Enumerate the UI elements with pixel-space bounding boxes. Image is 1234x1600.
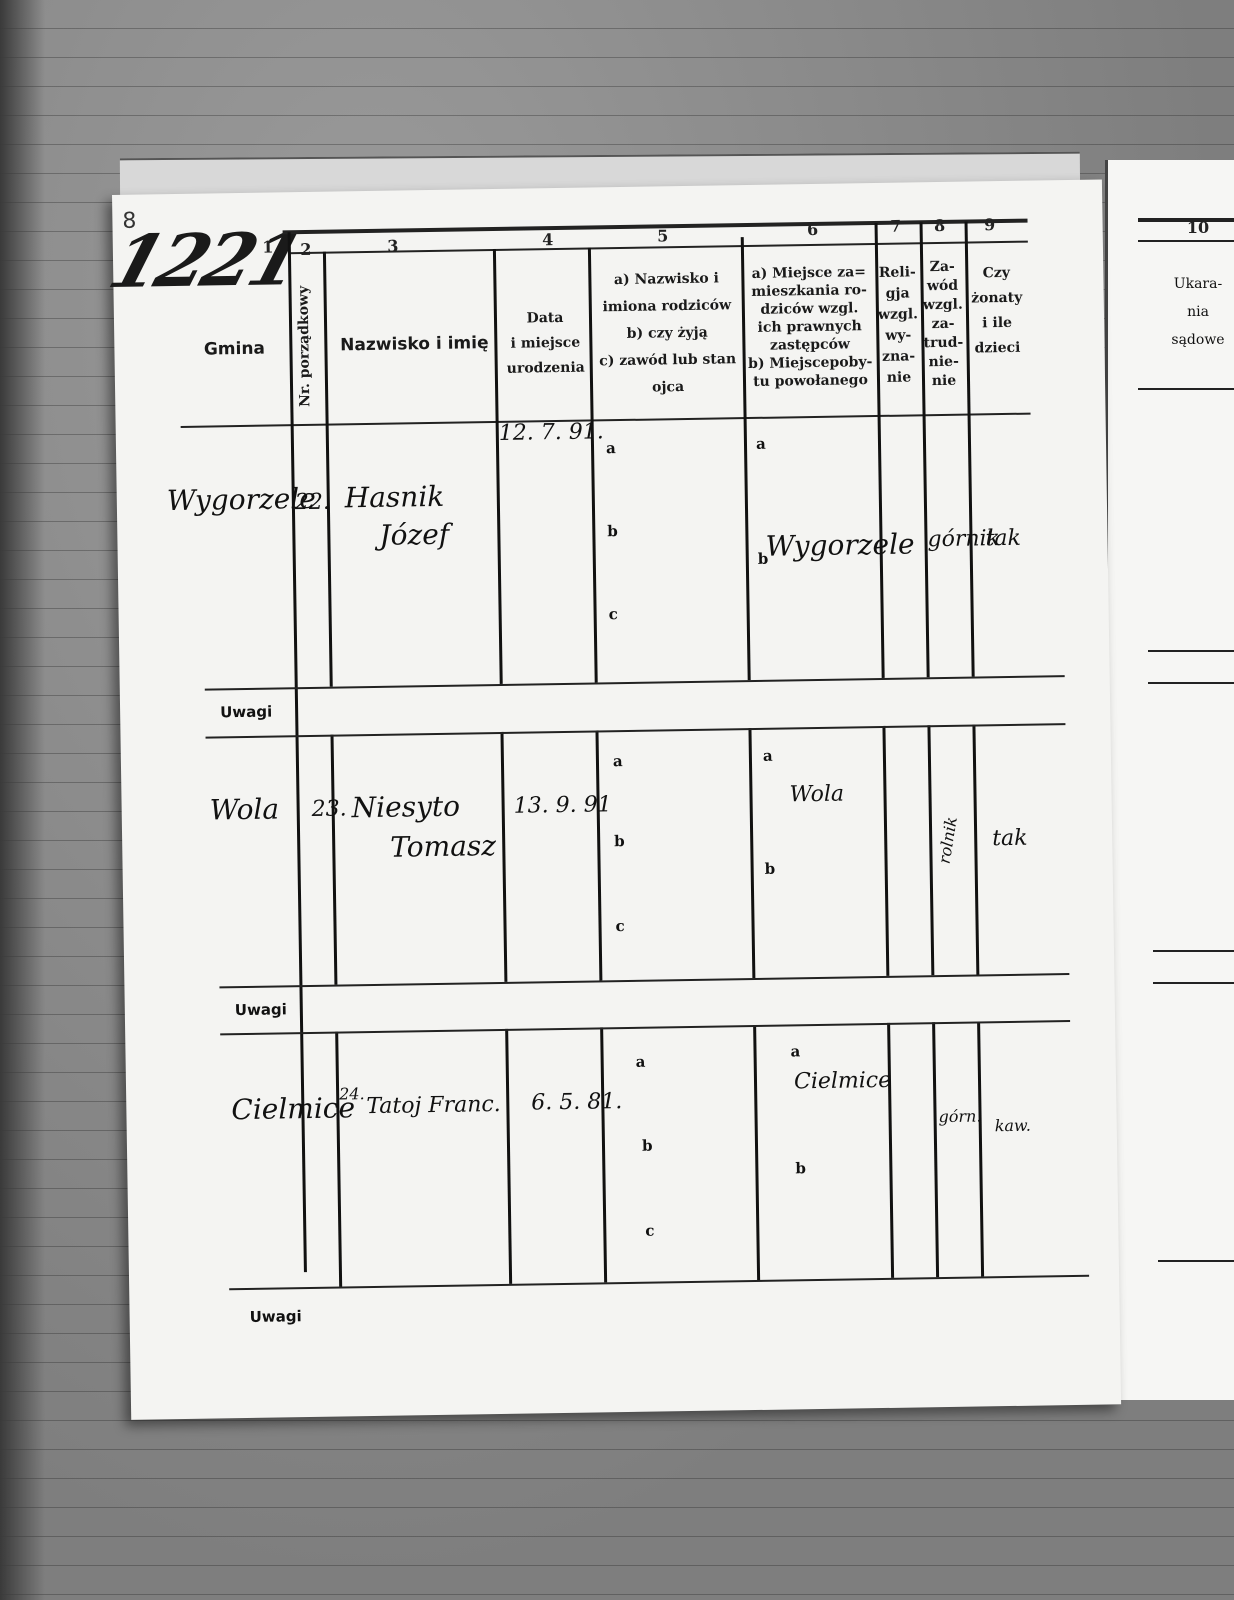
entry-3-remarks-label: Uwagi (249, 1307, 301, 1326)
column-number-4: 4 (528, 230, 568, 250)
entry-3-sub-c: c (645, 1222, 654, 1240)
header-line: b) czy żyją (592, 319, 742, 348)
column-divider (323, 252, 333, 687)
header-line: nie (878, 367, 920, 389)
header-punishments: Ukara- nia sądowe (1148, 270, 1234, 354)
header-line: i ile (966, 311, 1028, 337)
column-divider (927, 725, 934, 975)
header-religion: Reli- gja wzgl. wy- zna- nie (876, 262, 920, 389)
entry-2-bottom-rule (219, 973, 1069, 988)
facing-page: 10 Ukara- nia sądowe (1105, 160, 1234, 1400)
entry-3-name: Tatoj Franc. (366, 1092, 501, 1119)
header-line: wzgl. (922, 296, 964, 316)
entry-3-married: kaw. (995, 1116, 1031, 1136)
registration-form-page: 8 1221 1 2 3 4 5 6 7 8 9 Gmina Nr. porzą… (112, 179, 1121, 1419)
entry-2-sub-b: b (614, 832, 625, 850)
header-line: i miejsce (499, 330, 591, 356)
header-line: trud- (922, 334, 964, 354)
header-line: gja (876, 283, 918, 305)
entry-2-married: tak (992, 826, 1028, 852)
entry-2-occupation: rolnik (935, 815, 961, 865)
rule (1158, 1260, 1234, 1262)
column-divider (595, 730, 602, 980)
column-divider (335, 1032, 342, 1287)
header-bottom-rule (181, 413, 1031, 428)
rule (1153, 982, 1234, 984)
header-line: ich prawnych (742, 317, 877, 337)
header-line: dziców wzgl. (742, 299, 877, 319)
entry-2-remarks-label: Uwagi (235, 1000, 287, 1019)
header-name: Nazwisko i imię (334, 335, 494, 355)
entry-3-sub-b: b (642, 1137, 653, 1155)
entry-3-sub-a: a (636, 1053, 646, 1071)
rule (1148, 650, 1234, 652)
column-number-5: 5 (643, 226, 683, 246)
header-occupation: Za- wód wzgl. za- trud- nie- nie (921, 258, 965, 392)
rule (1138, 240, 1234, 242)
column-divider (977, 1021, 984, 1276)
header-residence: a) Miejsce za= mieszkania ro- dziców wzg… (741, 263, 878, 391)
header-line: tu powołanego (743, 371, 878, 391)
header-line: Reli- (876, 262, 918, 284)
column-divider (972, 725, 979, 975)
column-number-8: 8 (924, 216, 954, 235)
header-line: nie- (923, 353, 965, 373)
header-line: imiona rodziców (592, 292, 742, 321)
entry-2-sub-c: c (615, 917, 624, 935)
column-divider (882, 726, 889, 976)
header-line: a) Miejsce za= (741, 263, 876, 283)
entry-2-sub-a: a (613, 752, 623, 770)
column-divider (331, 735, 338, 985)
entry-1-nr: 22. (295, 490, 330, 516)
entry-3-bottom-rule (229, 1275, 1089, 1291)
entry-1-parents-place: Wygorzele (765, 527, 914, 562)
header-line: dzieci (966, 336, 1028, 362)
entry-1-residence-a: a (756, 435, 766, 453)
entry-1-remarks-rule (206, 723, 1066, 739)
scan-shadow (0, 0, 45, 1600)
column-divider (505, 1029, 512, 1284)
column-divider (887, 1023, 894, 1278)
header-line: a) Nazwisko i (591, 265, 741, 294)
register-number: 1221 (100, 216, 311, 304)
entry-1-surname: Hasnik (345, 480, 445, 515)
header-birth: Data i miejsce urodzenia (499, 305, 592, 381)
header-line: wzgl. (877, 304, 919, 326)
column-number-6: 6 (792, 220, 832, 240)
entry-2-parents-place: Wola (789, 782, 844, 808)
header-gmina: Gmina (179, 340, 289, 359)
header-line: Data (499, 305, 591, 331)
entry-2-surname: Niesyto (351, 790, 460, 825)
entry-3-residence-a: a (790, 1042, 800, 1060)
column-divider (748, 728, 755, 978)
rule (1138, 388, 1234, 390)
entry-1-sub-b: b (607, 522, 618, 540)
header-line: Ukara- (1148, 270, 1234, 298)
entry-1-remarks-label: Uwagi (220, 703, 272, 722)
entry-2-residence-a: a (763, 747, 773, 765)
header-line: sądowe (1148, 326, 1234, 354)
entry-1-birth: 12. 7. 91. (499, 419, 604, 446)
entry-2-birth: 13. 9. 91 (513, 792, 611, 819)
header-line: nie (923, 372, 965, 392)
entry-3-birth: 6. 5. 81. (531, 1089, 622, 1115)
header-nr: Nr. porządkowy (295, 286, 313, 407)
header-line: urodzenia (500, 355, 592, 381)
header-line: c) zawód lub stan (592, 346, 742, 375)
column-number-3: 3 (373, 236, 413, 256)
column-number-10: 10 (1158, 218, 1234, 237)
header-line: za- (922, 315, 964, 335)
entry-2-firstname: Tomasz (390, 829, 496, 864)
column-divider (932, 1022, 939, 1277)
entry-2-residence-b: b (765, 860, 776, 878)
header-line: żonaty (966, 286, 1028, 312)
rule (1148, 682, 1234, 684)
column-divider (500, 732, 507, 982)
column-number-9: 9 (974, 215, 1004, 234)
entry-3-gmina: Cielmice (231, 1091, 355, 1126)
header-line: Czy (965, 261, 1027, 287)
header-line: mieszkania ro- (741, 281, 876, 301)
header-married: Czy żonaty i ile dzieci (965, 261, 1029, 362)
column-number-2: 2 (291, 240, 321, 259)
header-line: wód (921, 277, 963, 297)
column-number-1: 1 (253, 237, 283, 256)
column-divider (753, 1025, 760, 1280)
header-line: Za- (921, 258, 963, 278)
entry-1-sub-c: c (609, 605, 618, 623)
rule (1153, 950, 1234, 952)
entry-3-parents-place: Cielmice (794, 1068, 892, 1095)
column-number-7: 7 (880, 216, 910, 235)
entry-2-gmina: Wola (209, 792, 279, 826)
header-line: zastępców (742, 335, 877, 355)
entry-1-sub-a: a (606, 439, 616, 457)
header-line: nia (1148, 298, 1234, 326)
entry-2-remarks-rule (220, 1020, 1070, 1035)
column-divider (600, 1027, 607, 1282)
entry-2-nr: 23. (311, 796, 346, 822)
entry-3-occupation: górn. (938, 1106, 981, 1126)
entry-1-bottom-rule (205, 675, 1065, 691)
header-line: wy- (877, 325, 919, 347)
entry-1-gmina: Wygorzele (167, 482, 316, 517)
entry-1-married: tak (985, 526, 1021, 552)
header-line: ojca (593, 373, 743, 402)
header-parents: a) Nazwisko i imiona rodziców b) czy żyj… (591, 265, 743, 402)
entry-3-residence-b: b (795, 1159, 806, 1177)
entry-1-firstname: Józef (379, 518, 449, 552)
header-line: b) Miejscepoby- (743, 353, 878, 373)
entry-3-nr: 24. (339, 1084, 365, 1103)
header-line: zna- (877, 346, 919, 368)
